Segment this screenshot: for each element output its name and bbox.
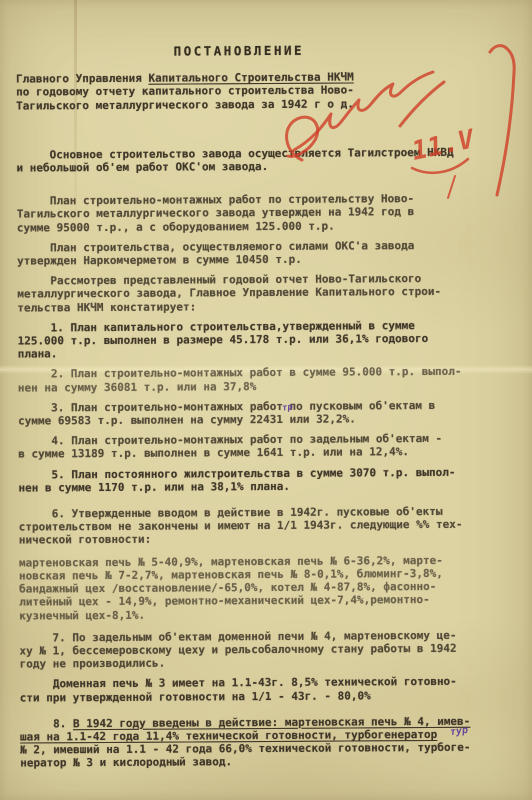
resolution-item-2: 2. План строительно-монтажных работ в су…: [18, 365, 516, 394]
item-8-number: 8.: [20, 717, 73, 730]
resolution-item-3: 3. План строительно-монтажных работ по п…: [18, 398, 516, 427]
subtitle-prefix: Главного Управления: [16, 72, 149, 86]
subtitle: Главного Управления Капитального Строите…: [16, 70, 514, 113]
page-title: ПОСТАНОВЛЕНИЕ: [0, 43, 488, 59]
subtitle-underlined: Капитального Строительства НКЧМ: [148, 71, 353, 85]
paragraph-intro: Основное строительство завода осуществля…: [16, 145, 514, 174]
document-content: ПОСТАНОВЛЕНИЕ Главного Управления Капита…: [16, 42, 518, 770]
paragraph-review: Рассмотрев представленный годовой отчет …: [17, 272, 515, 315]
paragraph-domna: Доменная печь № 3 имеет на 1.1-43г. 8,5%…: [20, 675, 518, 704]
resolution-item-8: 8. В 1942 году введены в действие: марте…: [20, 714, 518, 770]
item-8-underlined: В 1942 году введены в действие: мартенов…: [20, 714, 470, 743]
paragraph-plan-smr: План строительно-монтажных работ по стро…: [17, 192, 515, 235]
resolution-item-7: 7. По задельным об'ектам доменной печи №…: [19, 628, 517, 671]
document-page: ПОСТАНОВЛЕНИЕ Главного Управления Капита…: [0, 0, 532, 800]
resolution-item-4: 4. План строительно-монтажных работ по з…: [18, 432, 516, 461]
paragraph-plan-oks: План строительства, осуществляемого сила…: [17, 238, 515, 267]
resolution-item-5: 5. План постоянного жилстроительства в с…: [18, 465, 516, 494]
readiness-list: мартеновская печь № 5-40,9%, мартеновска…: [19, 553, 517, 622]
resolution-item-6: 6. Утвержденные вводом в действие в 1942…: [19, 505, 517, 548]
resolution-item-1: 1. План капитального строительства,утвер…: [17, 318, 515, 361]
purple-correction-tr: тр: [281, 402, 293, 413]
